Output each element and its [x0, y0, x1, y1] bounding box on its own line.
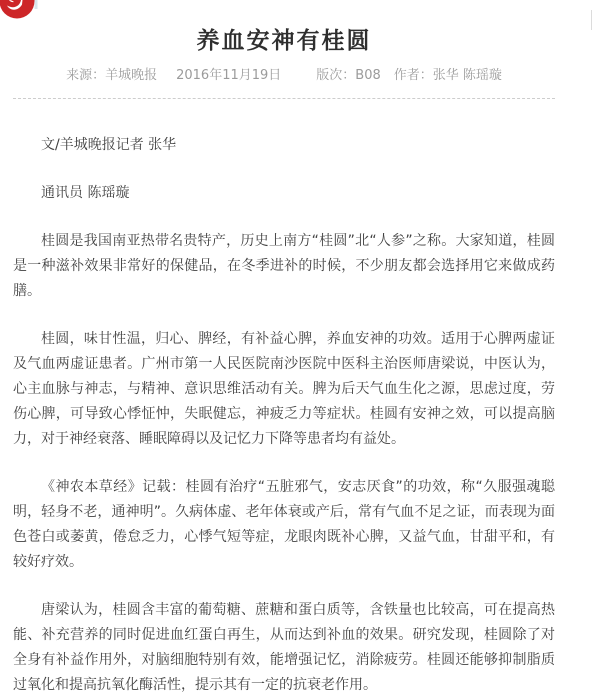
- byline-correspondent: 通讯员 陈瑶璇: [13, 181, 555, 206]
- article-meta: 来源：羊城晚报2016年11月19日版次：B08作者：张华 陈瑶璇: [13, 68, 555, 84]
- article-body: 文/羊城晚报记者 张华 通讯员 陈瑶璇 桂圆是我国南亚热带名贵特产，历史上南方“…: [13, 99, 555, 694]
- masthead-logo: [0, 0, 40, 20]
- article-paragraph-3: 《神农本草经》记载：桂圆有治疗“五脏邪气，安志厌食”的功效，称“久服强魂聪明，轻…: [13, 475, 555, 575]
- article-header: 养血安神有桂圆 来源：羊城晚报2016年11月19日版次：B08作者：张华 陈瑶…: [13, 26, 555, 84]
- article-paragraph-2: 桂圆，味甘性温，归心、脾经，有补益心脾，养血安神的功效。适用于心脾两虚证及气血两…: [13, 327, 555, 452]
- article-page: 养血安神有桂圆 来源：羊城晚报2016年11月19日版次：B08作者：张华 陈瑶…: [0, 0, 592, 694]
- newspaper-logo-icon: [0, 0, 40, 20]
- meta-source: 来源：羊城晚报: [66, 68, 157, 83]
- article-paragraph-1: 桂圆是我国南亚热带名贵特产，历史上南方“桂圆”北“人参”之称。大家知道，桂圆是一…: [13, 229, 555, 304]
- page-content: 养血安神有桂圆 来源：羊城晚报2016年11月19日版次：B08作者：张华 陈瑶…: [0, 26, 592, 694]
- byline-reporter: 文/羊城晚报记者 张华: [13, 133, 555, 158]
- meta-date: 2016年11月19日: [176, 68, 281, 83]
- meta-author: 作者：张华 陈瑶璇: [394, 68, 502, 83]
- meta-edition: 版次：B08: [316, 68, 380, 83]
- article-paragraph-4: 唐梁认为，桂圆含丰富的葡萄糖、蔗糖和蛋白质等，含铁量也比较高，可在提高热能、补充…: [13, 598, 555, 694]
- page-title: 养血安神有桂圆: [13, 26, 555, 56]
